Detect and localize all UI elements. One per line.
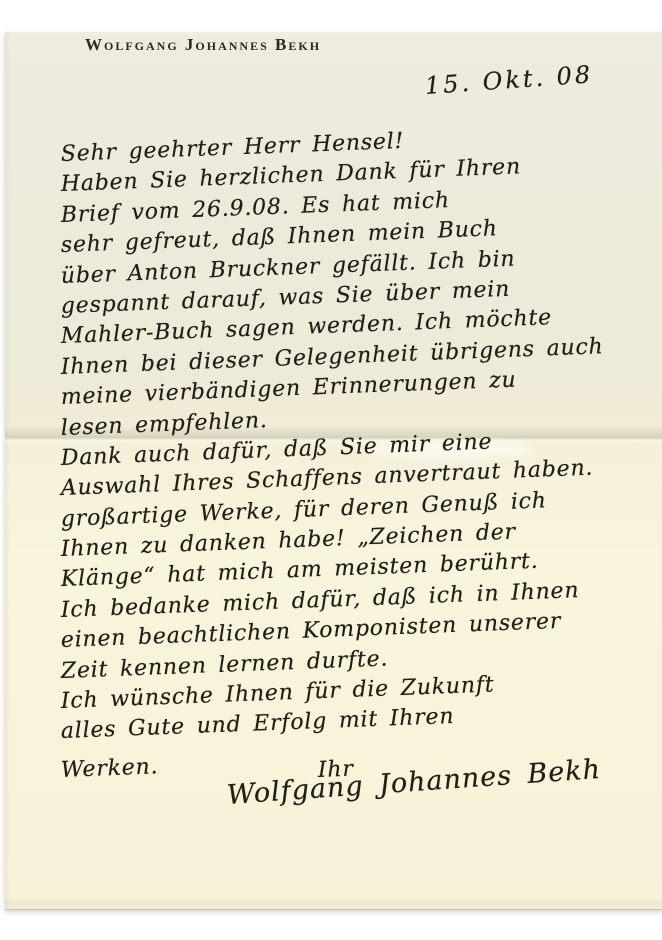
fold-crease-bottom — [5, 898, 662, 908]
letter-paper-sheet: Wolfgang Johannes Bekh 15. Okt. 08 Sehr … — [5, 32, 662, 909]
scanned-letter-page: { "letter": { "letterhead": "Wolfgang Jo… — [0, 0, 662, 940]
handwritten-line: alles Gute und Erfolg mit Ihren — [61, 719, 636, 749]
handwritten-line: meine vierbändigen Erinnerungen zu — [61, 385, 636, 415]
letter-body: Sehr geehrter Herr Hensel! Haben Sie her… — [61, 142, 636, 788]
letterhead-name: Wolfgang Johannes Bekh — [85, 35, 321, 55]
pre-closing-word: Werken. — [60, 754, 158, 783]
